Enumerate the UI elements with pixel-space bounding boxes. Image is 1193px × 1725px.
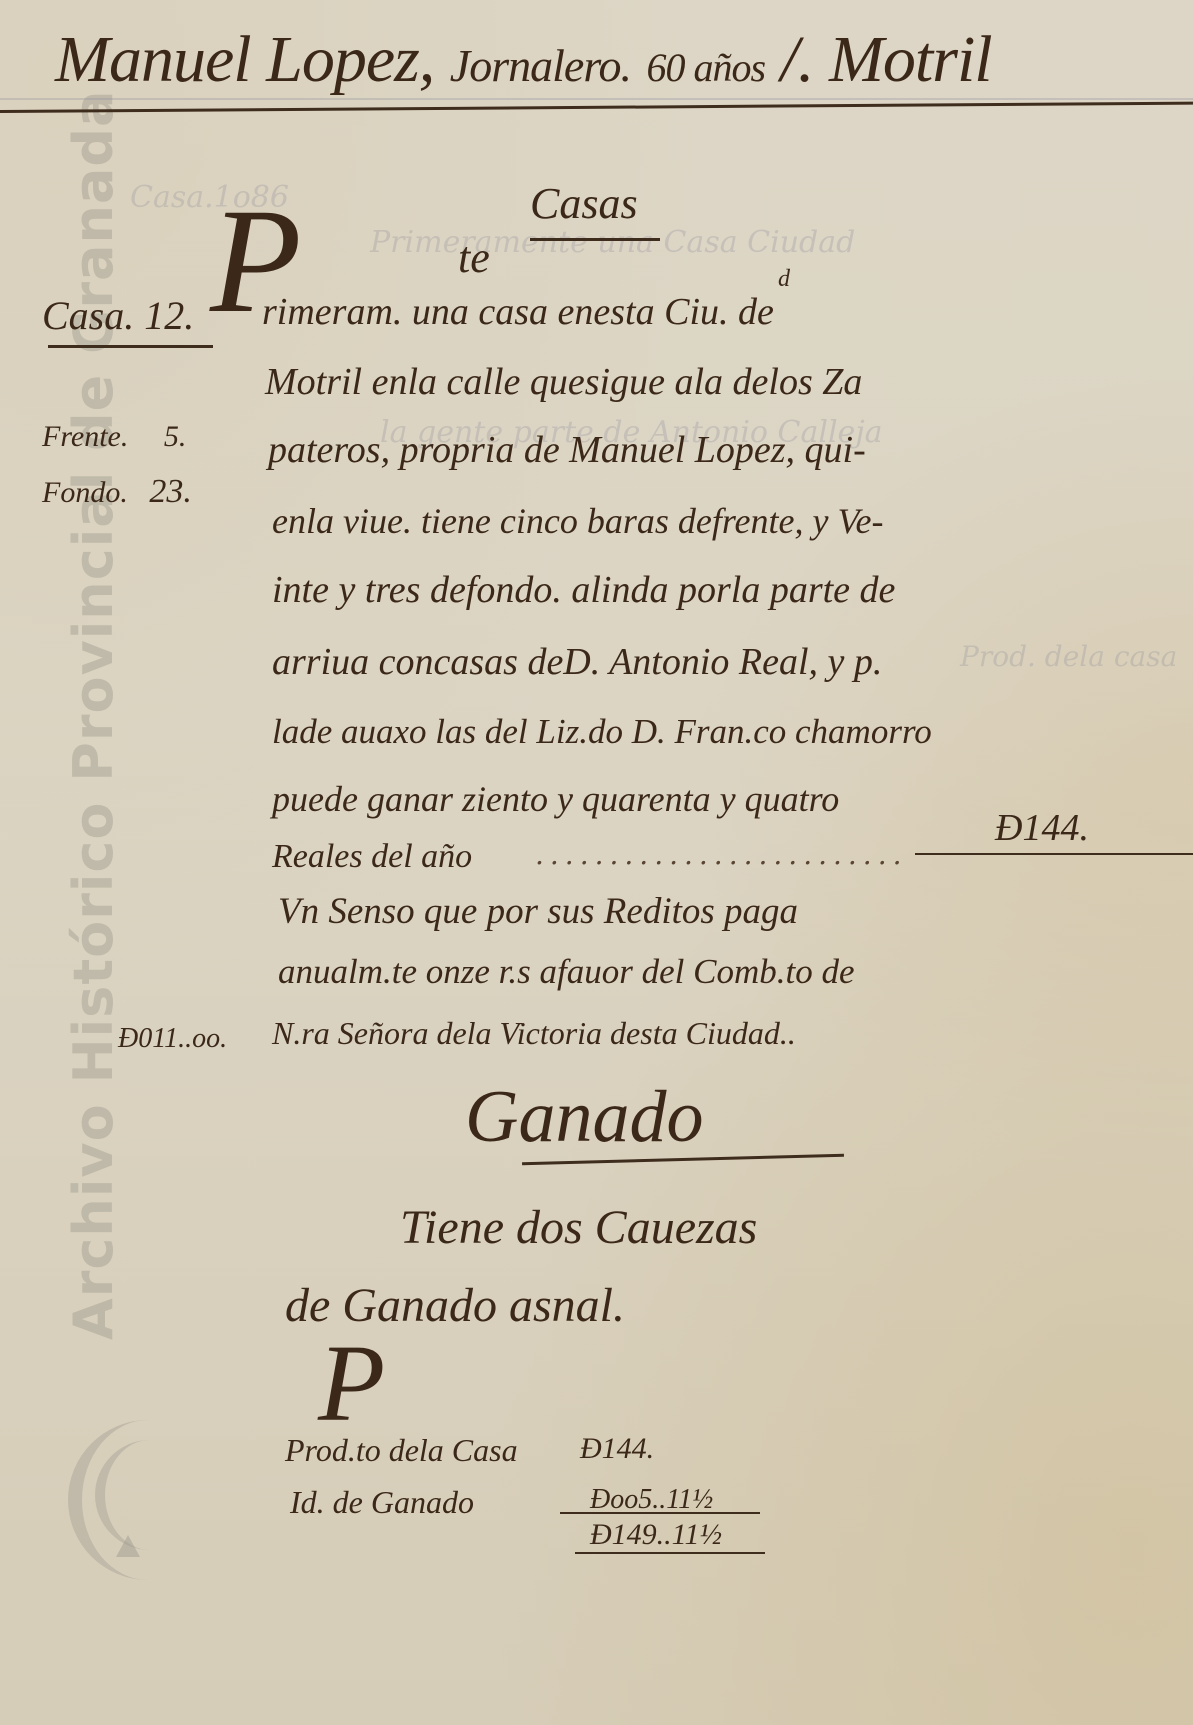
initial-superscript: te — [458, 232, 490, 283]
total-row-value: Ɖ144. — [580, 1432, 654, 1466]
censo-line: anualm.te onze r.s afauor del Comb.to de — [278, 952, 855, 992]
frente-label: Frente. — [42, 420, 128, 453]
margin-fondo: Fondo. 23. — [42, 473, 192, 511]
casa-amount: Ɖ144. — [995, 806, 1089, 850]
margin-underline — [48, 345, 213, 348]
separator: /. — [781, 23, 814, 96]
fondo-value: 23. — [149, 473, 192, 510]
amount-rule — [915, 853, 1193, 855]
frente-value: 5. — [164, 420, 187, 453]
person-name: Manuel Lopez, — [55, 23, 434, 96]
bleed-through-text: Primeramente una Casa Ciudad — [370, 225, 855, 260]
body-line: arriua concasas deD. Antonio Real, y p. — [272, 640, 882, 684]
censo-line: N.ra Señora dela Victoria desta Ciudad.. — [272, 1015, 796, 1052]
body-line: Reales del año — [272, 838, 472, 876]
archive-watermark: Archivo Histórico Provincial de Granada — [62, 90, 125, 1340]
faint-ruled-line — [0, 98, 1193, 100]
body-line: puede ganar ziento y quarenta y quatro — [272, 778, 839, 820]
header-divider — [0, 102, 1193, 113]
margin-casa-number: Casa. 12. — [42, 292, 194, 339]
fondo-label: Fondo. — [42, 476, 128, 509]
sum-rule — [560, 1512, 760, 1514]
occupation: Jornalero. — [450, 40, 631, 91]
age: 60 años — [647, 45, 766, 90]
section-title-casas: Casas — [530, 178, 638, 229]
header-line: Manuel Lopez, Jornalero. 60 años /. Motr… — [55, 22, 992, 98]
total-row-label: Prod.to dela Casa — [285, 1432, 518, 1469]
place: Motril — [829, 23, 992, 96]
body-line: pateros, propria de Manuel Lopez, qui- — [268, 428, 866, 472]
total-underline — [575, 1552, 765, 1554]
line-superscript: d — [778, 266, 790, 293]
archive-logo-triangle-icon — [116, 1535, 140, 1557]
censo-margin-amount: Ɖ011..oo. — [118, 1023, 227, 1055]
decorative-initial-p-totals: P — [318, 1320, 385, 1447]
body-line: Motril enla calle quesigue ala delos Za — [265, 360, 862, 404]
censo-line: Vn Senso que por sus Reditos paga — [278, 890, 798, 933]
margin-frente: Frente. 5. — [42, 420, 186, 454]
body-line: inte y tres defondo. alinda porla parte … — [272, 568, 895, 612]
total-row-label: Id. de Ganado — [290, 1484, 474, 1521]
body-line: lade auaxo las del Liz.do D. Fran.co cha… — [272, 712, 932, 752]
ganado-line: Tiene dos Cauezas — [400, 1200, 757, 1255]
grand-total: Ɖ149..11½ — [590, 1518, 722, 1552]
dotted-leader: ......................... — [535, 838, 908, 871]
section-title-ganado: Ganado — [465, 1075, 703, 1160]
body-line: rimeram. una casa enesta Ciu. de — [262, 290, 774, 334]
casas-underline — [530, 238, 660, 241]
body-line: enla viue. tiene cinco baras defrente, y… — [272, 500, 883, 542]
manuscript-page: Archivo Histórico Provincial de Granada … — [0, 0, 1193, 1725]
bleed-through-text: Prod. dela casa — [960, 640, 1177, 673]
